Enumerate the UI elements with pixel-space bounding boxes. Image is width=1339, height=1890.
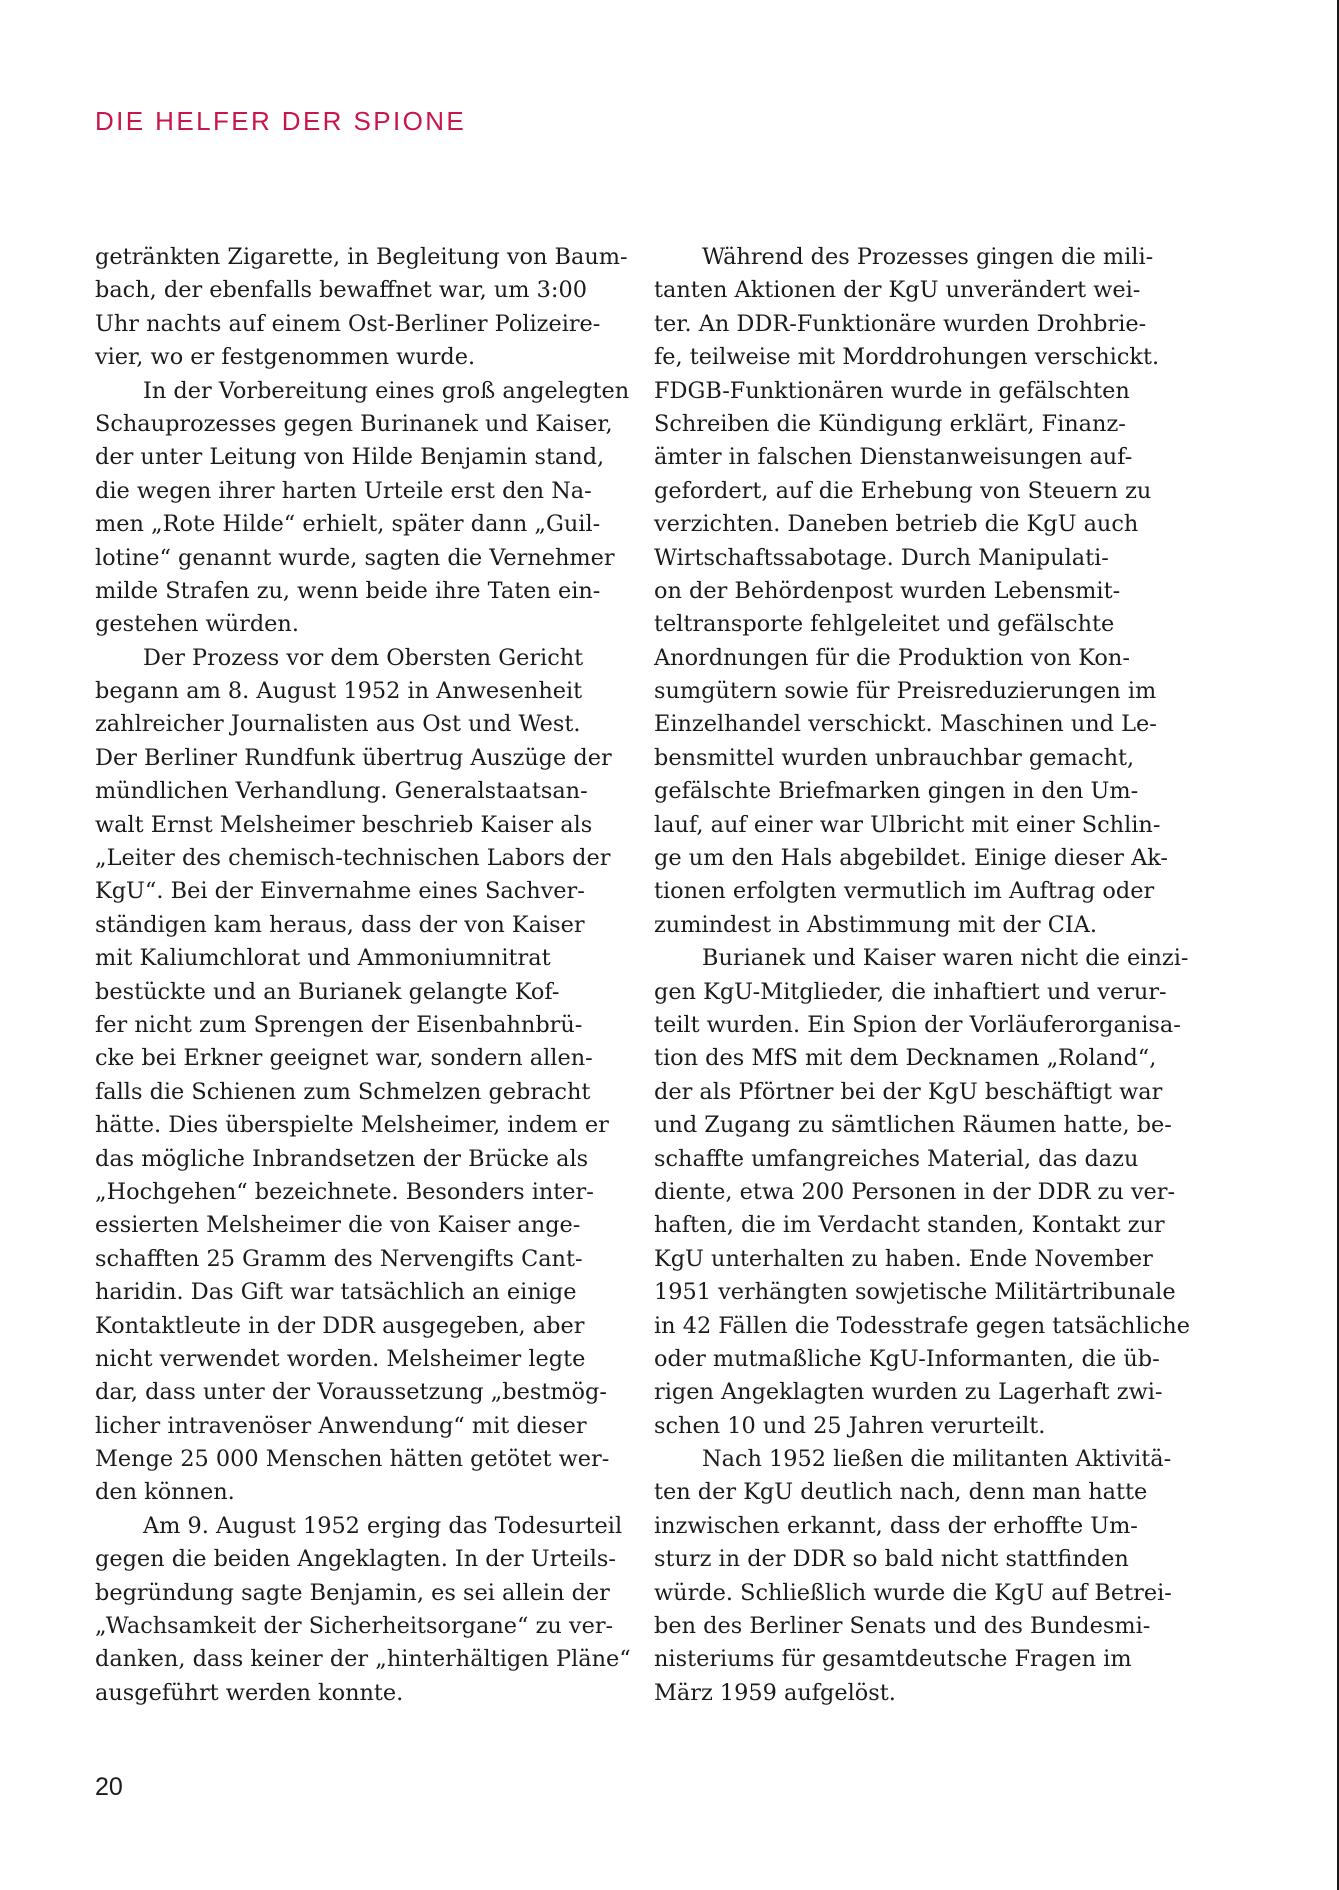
paragraph-start-line: Am 9. August 1952 erging das Todesurteil xyxy=(95,1510,623,1543)
text-line: tanten Aktionen der KgU unverändert wei- xyxy=(654,274,1184,307)
text-line: begründung sagte Benjamin, es sei allein… xyxy=(95,1577,623,1610)
text-line: März 1959 aufgelöst. xyxy=(654,1677,1184,1710)
text-line: Schreiben die Kündigung erklärt, Finanz- xyxy=(654,408,1184,441)
text-line: ämter in falschen Dienstanweisungen auf- xyxy=(654,441,1184,474)
text-line: licher intravenöser Anwendung“ mit diese… xyxy=(95,1410,623,1443)
text-line: das mögliche Inbrandsetzen der Brücke al… xyxy=(95,1143,623,1176)
text-line: FDGB-Funktionären wurde in gefälschten xyxy=(654,375,1184,408)
text-line: ter. An DDR-Funktionäre wurden Drohbrie- xyxy=(654,308,1184,341)
text-line: gefälschte Briefmarken gingen in den Um- xyxy=(654,775,1184,808)
text-line: schafften 25 Gramm des Nervengifts Cant- xyxy=(95,1243,623,1276)
text-column-left: getränkten Zigarette, in Begleitung von … xyxy=(95,241,623,1710)
text-line: gen KgU-Mitglieder, die inhaftiert und v… xyxy=(654,976,1184,1009)
book-page: DIE HELFER DER SPIONE getränkten Zigaret… xyxy=(0,0,1337,1890)
text-line: lotine“ genannt wurde, sagten die Verneh… xyxy=(95,542,623,575)
text-line: bestückte und an Burianek gelangte Kof- xyxy=(95,976,623,1009)
text-line: der als Pförtner bei der KgU beschäftigt… xyxy=(654,1076,1184,1109)
text-line: „Wachsamkeit der Sicherheitsorgane“ zu v… xyxy=(95,1610,623,1643)
text-line: sumgütern sowie für Preisreduzierungen i… xyxy=(654,675,1184,708)
text-line: ausgeführt werden konnte. xyxy=(95,1677,623,1710)
text-line: die wegen ihrer harten Urteile erst den … xyxy=(95,475,623,508)
text-line: milde Strafen zu, wenn beide ihre Taten … xyxy=(95,575,623,608)
text-line: haridin. Das Gift war tatsächlich an ein… xyxy=(95,1276,623,1309)
text-line: danken, dass keiner der „hinterhältigen … xyxy=(95,1643,623,1676)
paragraph-start-line: Der Prozess vor dem Obersten Gericht xyxy=(95,642,623,675)
text-line: gefordert, auf die Erhebung von Steuern … xyxy=(654,475,1184,508)
text-line: on der Behördenpost wurden Lebensmit- xyxy=(654,575,1184,608)
text-line: nicht verwendet worden. Melsheimer legte xyxy=(95,1343,623,1376)
text-line: 1951 verhängten sowjetische Militärtribu… xyxy=(654,1276,1184,1309)
text-column-right: Während des Prozesses gingen die mili-ta… xyxy=(654,241,1184,1710)
text-line: hätte. Dies überspielte Melsheimer, inde… xyxy=(95,1109,623,1142)
text-line: ben des Berliner Senats und des Bundesmi… xyxy=(654,1610,1184,1643)
text-line: Schauprozesses gegen Burinanek und Kaise… xyxy=(95,408,623,441)
text-line: „Leiter des chemisch-technischen Labors … xyxy=(95,842,623,875)
text-line: zumindest in Abstimmung mit der CIA. xyxy=(654,909,1184,942)
text-line: oder mutmaßliche KgU-Informanten, die üb… xyxy=(654,1343,1184,1376)
text-line: lauf, auf einer war Ulbricht mit einer S… xyxy=(654,809,1184,842)
text-line: men „Rote Hilde“ erhielt, später dann „G… xyxy=(95,508,623,541)
text-line: schen 10 und 25 Jahren verurteilt. xyxy=(654,1410,1184,1443)
text-line: walt Ernst Melsheimer beschrieb Kaiser a… xyxy=(95,809,623,842)
text-line: bach, der ebenfalls bewaffnet war, um 3:… xyxy=(95,274,623,307)
text-line: Uhr nachts auf einem Ost-Berliner Polize… xyxy=(95,308,623,341)
text-line: tionen erfolgten vermutlich im Auftrag o… xyxy=(654,875,1184,908)
text-line: fer nicht zum Sprengen der Eisenbahnbrü- xyxy=(95,1009,623,1042)
text-line: den können. xyxy=(95,1476,623,1509)
text-line: nisteriums für gesamtdeutsche Fragen im xyxy=(654,1643,1184,1676)
paragraph-start-line: Nach 1952 ließen die militanten Aktivitä… xyxy=(654,1443,1184,1476)
text-line: diente, etwa 200 Personen in der DDR zu … xyxy=(654,1176,1184,1209)
text-line: gegen die beiden Angeklagten. In der Urt… xyxy=(95,1543,623,1576)
text-line: dar, dass unter der Voraussetzung „bestm… xyxy=(95,1376,623,1409)
text-line: Menge 25 000 Menschen hätten getötet wer… xyxy=(95,1443,623,1476)
text-line: „Hochgehen“ bezeichnete. Besonders inter… xyxy=(95,1176,623,1209)
text-line: würde. Schließlich wurde die KgU auf Bet… xyxy=(654,1577,1184,1610)
text-line: getränkten Zigarette, in Begleitung von … xyxy=(95,241,623,274)
text-line: haften, die im Verdacht standen, Kontakt… xyxy=(654,1209,1184,1242)
paragraph-start-line: In der Vorbereitung eines groß angelegte… xyxy=(95,375,623,408)
text-line: gestehen würden. xyxy=(95,608,623,641)
text-line: ten der KgU deutlich nach, denn man hatt… xyxy=(654,1476,1184,1509)
text-line: fe, teilweise mit Morddrohungen verschic… xyxy=(654,341,1184,374)
text-line: teltransporte fehlgeleitet und gefälscht… xyxy=(654,608,1184,641)
running-head: DIE HELFER DER SPIONE xyxy=(95,106,466,137)
text-line: ge um den Hals abgebildet. Einige dieser… xyxy=(654,842,1184,875)
text-line: rigen Angeklagten wurden zu Lagerhaft zw… xyxy=(654,1376,1184,1409)
text-line: Kontaktleute in der DDR ausgegeben, aber xyxy=(95,1310,623,1343)
text-line: verzichten. Daneben betrieb die KgU auch xyxy=(654,508,1184,541)
text-line: cke bei Erkner geeignet war, sondern all… xyxy=(95,1042,623,1075)
page-number: 20 xyxy=(95,1773,123,1802)
text-line: tion des MfS mit dem Decknamen „Roland“, xyxy=(654,1042,1184,1075)
text-line: der unter Leitung von Hilde Benjamin sta… xyxy=(95,441,623,474)
text-line: ständigen kam heraus, dass der von Kaise… xyxy=(95,909,623,942)
text-line: mit Kaliumchlorat und Ammoniumnitrat xyxy=(95,942,623,975)
text-line: KgU“. Bei der Einvernahme eines Sachver- xyxy=(95,875,623,908)
text-line: Einzelhandel verschickt. Maschinen und L… xyxy=(654,708,1184,741)
paragraph-start-line: Während des Prozesses gingen die mili- xyxy=(654,241,1184,274)
text-line: in 42 Fällen die Todesstrafe gegen tatsä… xyxy=(654,1310,1184,1343)
text-line: Wirtschaftssabotage. Durch Manipulati- xyxy=(654,542,1184,575)
paragraph-start-line: Burianek und Kaiser waren nicht die einz… xyxy=(654,942,1184,975)
text-line: und Zugang zu sämtlichen Räumen hatte, b… xyxy=(654,1109,1184,1142)
text-line: KgU unterhalten zu haben. Ende November xyxy=(654,1243,1184,1276)
text-line: begann am 8. August 1952 in Anwesenheit xyxy=(95,675,623,708)
text-line: teilt wurden. Ein Spion der Vorläuferorg… xyxy=(654,1009,1184,1042)
text-line: zahlreicher Journalisten aus Ost und Wes… xyxy=(95,708,623,741)
text-line: falls die Schienen zum Schmelzen gebrach… xyxy=(95,1076,623,1109)
text-line: essierten Melsheimer die von Kaiser ange… xyxy=(95,1209,623,1242)
text-line: bensmittel wurden unbrauchbar gemacht, xyxy=(654,742,1184,775)
text-line: sturz in der DDR so bald nicht stattfind… xyxy=(654,1543,1184,1576)
text-line: inzwischen erkannt, dass der erhoffte Um… xyxy=(654,1510,1184,1543)
text-line: mündlichen Verhandlung. Generalstaatsan- xyxy=(95,775,623,808)
text-line: Der Berliner Rundfunk übertrug Auszüge d… xyxy=(95,742,623,775)
text-line: Anordnungen für die Produktion von Kon- xyxy=(654,642,1184,675)
text-line: schaffte umfangreiches Material, das daz… xyxy=(654,1143,1184,1176)
text-line: vier, wo er festgenommen wurde. xyxy=(95,341,623,374)
